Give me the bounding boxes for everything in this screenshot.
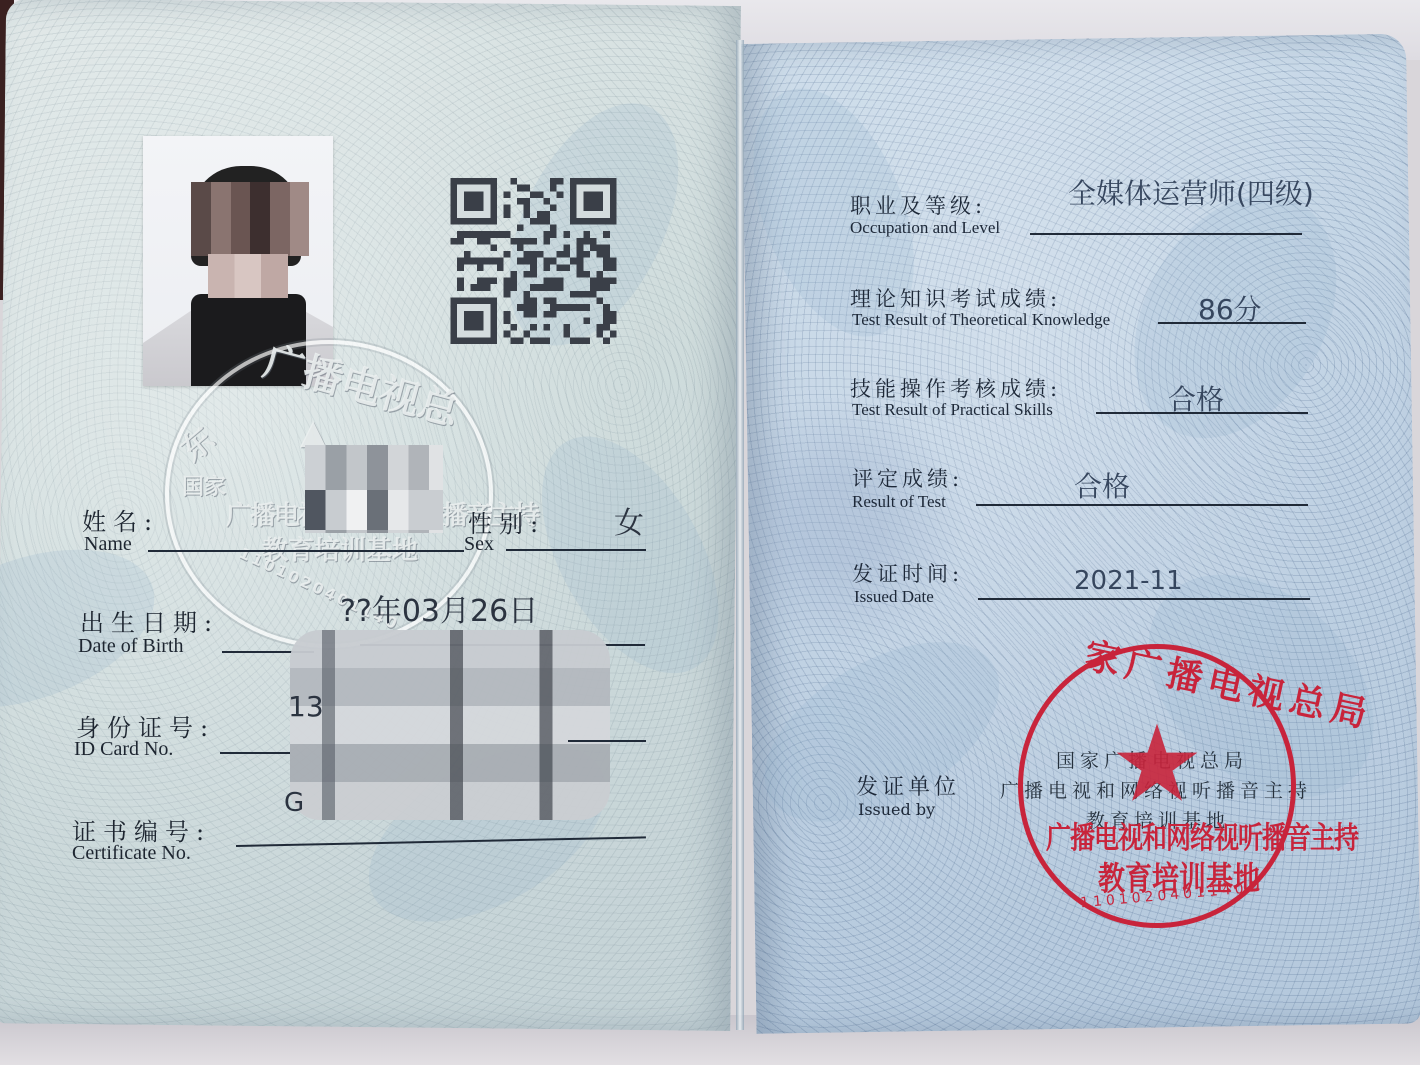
sex-label-en: Sex xyxy=(464,533,494,556)
dob-value: ??年03月26日 xyxy=(340,586,538,630)
occupation-label-cn: 职业及等级: xyxy=(850,190,986,220)
id-redaction xyxy=(290,630,610,820)
result-value: 合格 xyxy=(1074,465,1130,505)
practical-label-cn: 技能操作考核成绩: xyxy=(850,373,1061,403)
booklet-spine xyxy=(736,40,744,1030)
name-label-en: Name xyxy=(84,533,132,556)
sex-value: 女 xyxy=(614,498,644,542)
name-label-cn: 姓名: xyxy=(82,502,159,537)
dob-label-en: Date of Birth xyxy=(78,635,184,658)
id-label-en: ID Card No. xyxy=(74,738,173,761)
result-label-cn: 评定成绩: xyxy=(852,463,963,493)
emboss-seal-mid-left: 国家 xyxy=(182,470,226,501)
issued-date-label-cn: 发证时间: xyxy=(852,558,963,588)
issued-by-label-cn: 发证单位 xyxy=(856,770,960,801)
name-redaction xyxy=(305,490,443,530)
occupation-underline xyxy=(1030,233,1302,235)
issued-date-value: 2021-11 xyxy=(1074,566,1183,596)
theory-value: 86分 xyxy=(1198,288,1262,328)
issued-date-underline xyxy=(978,598,1310,600)
issued-date-label-en: Issued Date xyxy=(854,587,934,607)
id-underline xyxy=(568,740,646,742)
qr-code[interactable] xyxy=(446,178,621,344)
cert-value-prefix: G xyxy=(284,788,304,818)
result-underline xyxy=(976,504,1308,506)
occupation-value: 全媒体运营师(四级) xyxy=(1068,172,1314,212)
result-label-en: Result of Test xyxy=(852,492,946,512)
dob-label-cn: 出生日期: xyxy=(80,603,219,638)
emboss-seal-line2: 教育培训基地 xyxy=(262,530,418,567)
practical-value: 合格 xyxy=(1168,378,1224,418)
id-value-prefix: 13 xyxy=(288,690,324,723)
issued-by-label-en: Issued by xyxy=(858,800,935,819)
name-underline xyxy=(148,550,464,552)
theory-label-cn: 理论知识考试成绩: xyxy=(850,283,1061,313)
id-underline xyxy=(220,752,290,754)
theory-label-en: Test Result of Theoretical Knowledge xyxy=(852,310,1110,330)
sex-underline xyxy=(506,549,646,551)
cert-label-en: Certificate No. xyxy=(72,842,191,865)
occupation-label-en: Occupation and Level xyxy=(850,218,1000,238)
seal-star-icon xyxy=(1114,720,1200,806)
practical-label-en: Test Result of Practical Skills xyxy=(852,400,1053,420)
